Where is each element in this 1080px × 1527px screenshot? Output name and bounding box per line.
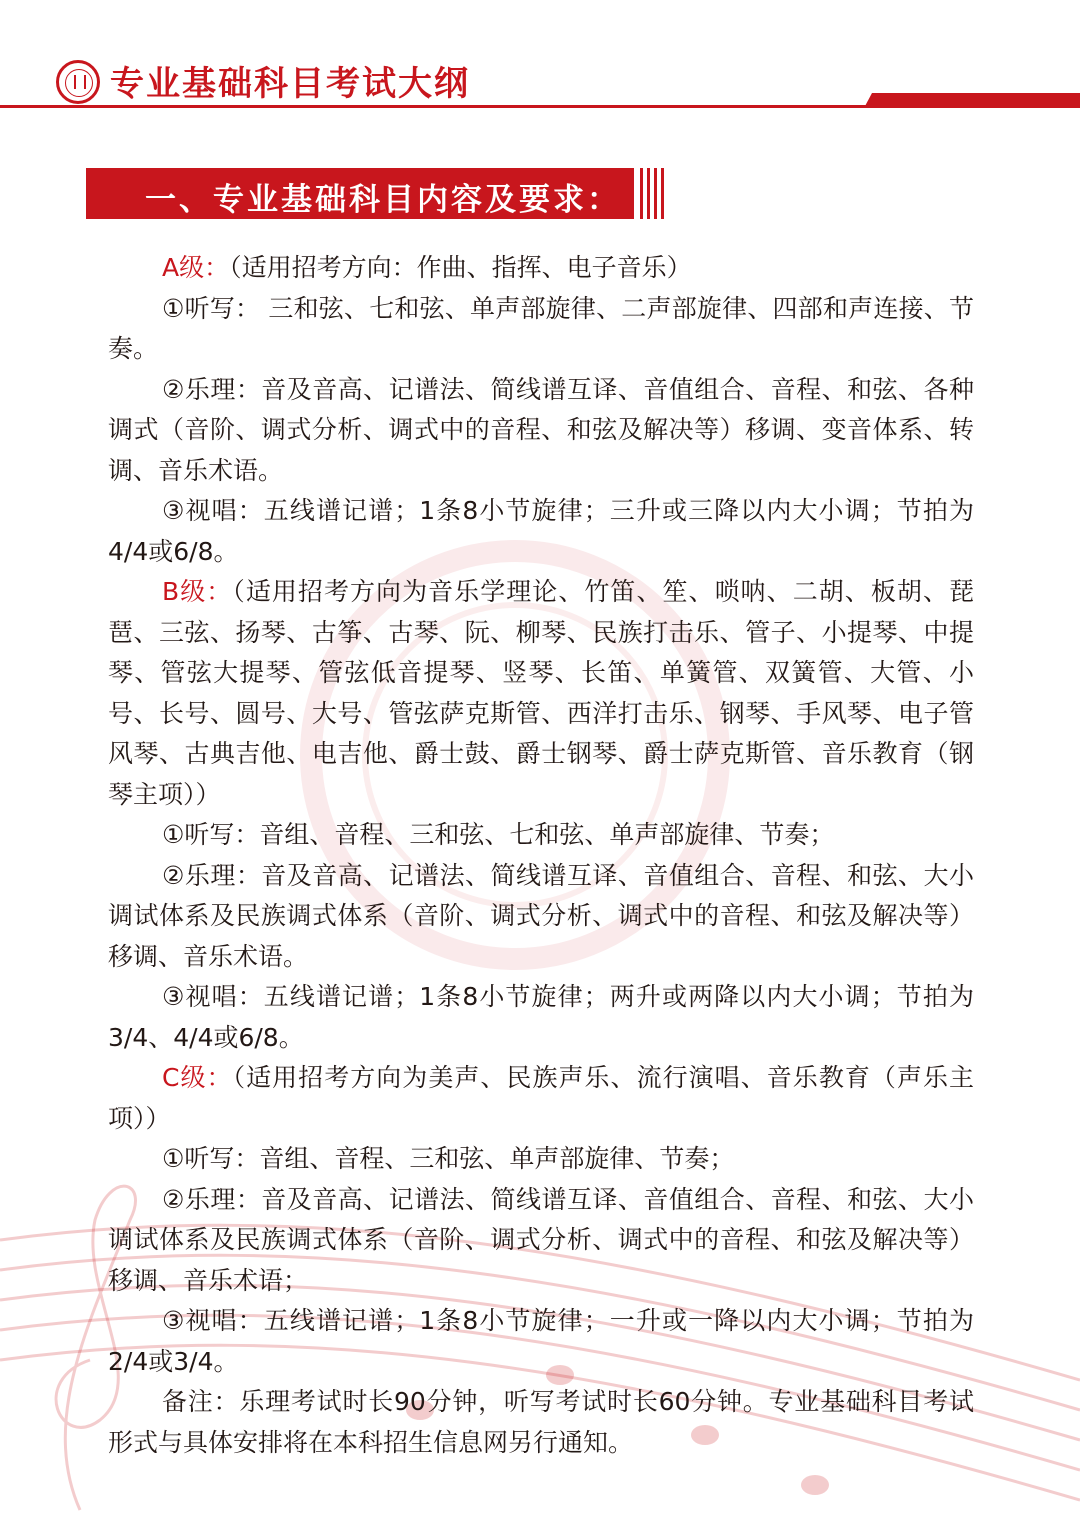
level-c-heading: C级：（适用招考方向为美声、民族声乐、流行演唱、音乐教育（声乐主项）） xyxy=(108,1058,974,1139)
level-b-heading: B级：（适用招考方向为音乐学理论、竹笛、笙、唢呐、二胡、板胡、琵琶、三弦、扬琴、… xyxy=(108,572,974,815)
level-b-dictation: ①听写：音组、音程、三和弦、七和弦、单声部旋律、节奏； xyxy=(108,815,974,856)
level-c-dictation: ①听写：音组、音程、三和弦、单声部旋律、节奏； xyxy=(108,1139,974,1180)
level-c-theory: ②乐理：音及音高、记谱法、简线谱互译、音值组合、音程、和弦、大小调试体系及民族调… xyxy=(108,1180,974,1302)
document-body: A级：（适用招考方向：作曲、指挥、电子音乐） ①听写： 三和弦、七和弦、单声部旋… xyxy=(108,248,974,1463)
remark-note: 备注：乐理考试时长90分钟，听写考试时长60分钟。专业基础科目考试形式与具体安排… xyxy=(108,1382,974,1463)
level-a-heading: A级：（适用招考方向：作曲、指挥、电子音乐） xyxy=(108,248,974,289)
level-b-sightsinging: ③视唱：五线谱记谱；1条8小节旋律；两升或两降以内大小调；节拍为3/4、4/4或… xyxy=(108,977,974,1058)
level-b-theory: ②乐理：音及音高、记谱法、简线谱互译、音值组合、音程、和弦、大小调试体系及民族调… xyxy=(108,856,974,978)
level-a-theory: ②乐理：音及音高、记谱法、简线谱互译、音值组合、音程、和弦、各种调式（音阶、调式… xyxy=(108,370,974,492)
level-c-sightsinging: ③视唱：五线谱记谱；1条8小节旋律；一升或一降以内大小调；节拍为2/4或3/4。 xyxy=(108,1301,974,1382)
header-title: 专业基础科目考试大纲 xyxy=(110,56,470,105)
section-title: 一、专业基础科目内容及要求： xyxy=(145,174,621,219)
school-emblem-icon xyxy=(56,60,100,104)
section-stripes-decoration xyxy=(640,168,666,219)
level-a-sightsinging: ③视唱：五线谱记谱；1条8小节旋律；三升或三降以内大小调；节拍为4/4或6/8。 xyxy=(108,491,974,572)
level-a-dictation: ①听写： 三和弦、七和弦、单声部旋律、二声部旋律、四部和声连接、节奏。 xyxy=(108,289,974,370)
header-accent-bar xyxy=(864,93,1080,108)
page-header: 专业基础科目考试大纲 xyxy=(0,0,1080,130)
header-rule xyxy=(0,105,870,108)
